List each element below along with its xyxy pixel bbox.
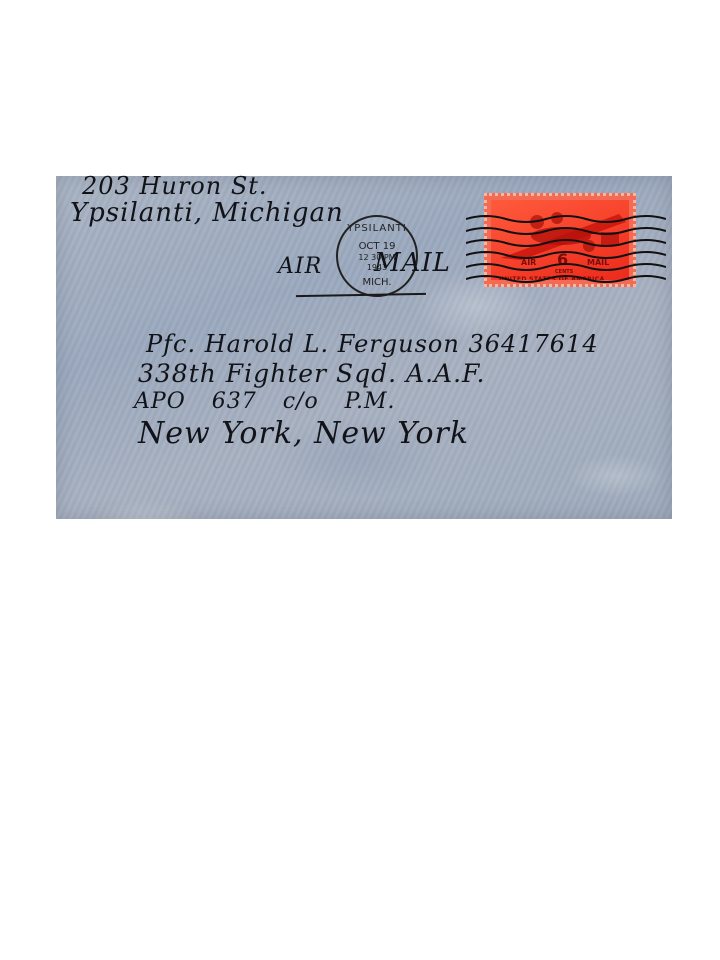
postmark-city: YPSILANTI [338, 223, 416, 234]
wavy-cancellation-lines [466, 211, 666, 291]
recipient-apo: APO 637 c/o P.M. [134, 389, 396, 414]
return-address-street: 203 Huron St. [82, 172, 268, 200]
airmail-air-label: AIR [278, 254, 322, 279]
recipient-city: New York, New York [138, 416, 469, 451]
recipient-unit: 338th Fighter Sqd. A.A.F. [138, 359, 485, 388]
airmail-underline [296, 293, 426, 297]
recipient-name: Pfc. Harold L. Ferguson 36417614 [146, 330, 599, 358]
return-address-city: Ypsilanti, Michigan [70, 198, 344, 228]
airmail-envelope: 203 Huron St. Ypsilanti, Michigan YPSILA… [56, 176, 672, 519]
postmark-state: MICH. [338, 277, 416, 288]
airmail-mail-label: MAIL [374, 248, 451, 278]
